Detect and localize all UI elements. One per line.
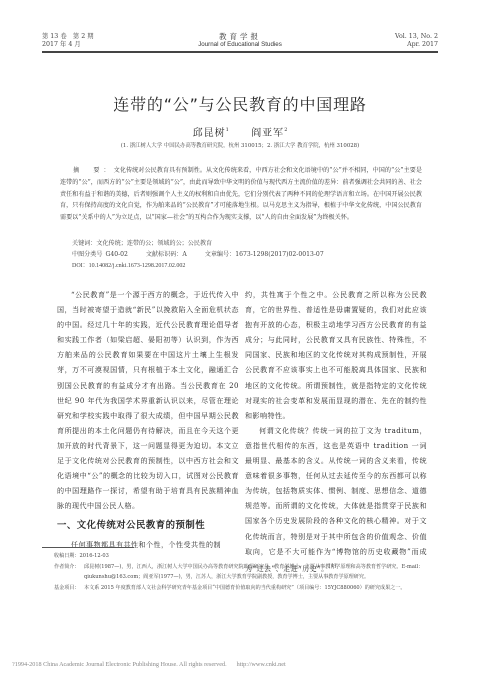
bio-label: 作者简介：: [54, 562, 79, 573]
running-header: 第 13 卷 第 2 期 2017 年 4 月 教育学报 Journal of …: [42, 33, 438, 53]
copyright-text: ?1994-2018 China Academic Journal Electr…: [12, 661, 227, 668]
body-paragraph: 约，共性寓于个性之中。公民教育之所以称为公民教育，它的世界性、普适性是毋庸置疑的…: [245, 287, 427, 423]
abstract-label: 摘 要：: [73, 167, 114, 174]
doi-label: DOI：: [72, 263, 89, 269]
article-no-label: 文章编号：: [205, 251, 235, 258]
abstract: 摘 要：文化传统对公民教育具有预制性。从文化传统来看，中西方社会和文化语境中的“…: [60, 165, 422, 224]
header-rule: [42, 51, 438, 53]
fund-text: 本文系 2015 年度教育部人文社会科学研究青年基金项目“中国德育价值取向的当代…: [84, 585, 406, 591]
doc-code: A: [182, 251, 186, 258]
bio-text: 邱昆树(1987—)，男，江西人，浙江树人大学中国民办高等教育研究院助理研究员，…: [84, 564, 423, 581]
volume-issue-en: Vol. 13, No. 2: [395, 33, 438, 41]
received-value: 2016-12-03: [79, 553, 108, 559]
footnote-rule: [42, 547, 134, 548]
abstract-text: 文化传统对公民教育具有预制性。从文化传统来看，中西方社会和文化语境中的“公”并不…: [60, 167, 422, 221]
received-date: 收稿日期：2016-12-03: [54, 551, 434, 562]
journal-name-cn: 教育学报: [42, 33, 438, 41]
author-2: 阎亚军: [251, 128, 284, 139]
header-center: 教育学报 Journal of Educational Studies: [42, 33, 438, 49]
author-1: 邱昆树: [193, 128, 226, 139]
keywords-row: 关键词：文化传统；连带的公；领域的公；公民教育: [72, 238, 432, 249]
journal-name-en: Journal of Educational Studies: [42, 41, 438, 49]
author-bio: 作者简介：邱昆树(1987—)，男，江西人，浙江树人大学中国民办高等教育研究院助…: [54, 562, 434, 583]
authors: 邱昆树1 阎亚军2: [0, 124, 480, 139]
keywords-label: 关键词：: [72, 240, 96, 247]
classification-row: 中图分类号G40-02 文献标识码：A 文章编号：1673-1298(2017)…: [72, 249, 432, 260]
keywords: 文化传统；连带的公；领域的公；公民教育: [96, 240, 212, 247]
clc-code: G40-02: [105, 251, 127, 258]
body-column-left: “公民教育”是一个源于西方的概念，于近代传入中国，当时被寄望于造就“新民”以挽救…: [57, 287, 239, 553]
author-2-affil-mark: 2: [284, 127, 287, 133]
author-1-affil-mark: 1: [226, 127, 229, 133]
header-right: Vol. 13, No. 2 Apr. 2017: [395, 33, 438, 48]
doi[interactable]: 10.14082/j.cnki.1673-1298.2017.02.002: [89, 263, 186, 269]
copyright-footer: ?1994-2018 China Academic Journal Electr…: [12, 661, 286, 668]
body-column-right: 约，共性寓于个性之中。公民教育之所以称为公民教育，它的世界性、普适性是毋庸置疑的…: [245, 287, 427, 576]
affiliations: (1. 浙江树人大学 中国民办高等教育研究院，杭州 310015；2. 浙江大学…: [0, 141, 480, 149]
fund-label: 基金项目：: [54, 583, 79, 594]
clc-label: 中图分类号: [72, 251, 102, 258]
article-no: 1673-1298(2017)02-0013-07: [235, 251, 323, 258]
section-heading-1: 一、文化传统对公民教育的预制性: [57, 516, 239, 536]
article-meta: 关键词：文化传统；连带的公；领域的公；公民教育 中图分类号G40-02 文献标识…: [72, 238, 432, 272]
article-title: 连带的“公”与公民教育的中国理路: [0, 92, 480, 115]
body-paragraph: “公民教育”是一个源于西方的概念，于近代传入中国，当时被寄望于造就“新民”以挽救…: [57, 287, 239, 513]
footnotes: 收稿日期：2016-12-03 作者简介：邱昆树(1987—)，男，江西人，浙江…: [54, 551, 434, 593]
doi-row: DOI：10.14082/j.cnki.1673-1298.2017.02.00…: [72, 261, 432, 272]
fund-info: 基金项目：本文系 2015 年度教育部人文社会科学研究青年基金项目“中国德育价值…: [54, 583, 434, 594]
cnki-link[interactable]: http://www.cnki.net: [237, 661, 286, 668]
doc-code-label: 文献标识码：: [146, 251, 183, 258]
received-label: 收稿日期：: [54, 553, 79, 559]
date-en: Apr. 2017: [395, 41, 438, 49]
